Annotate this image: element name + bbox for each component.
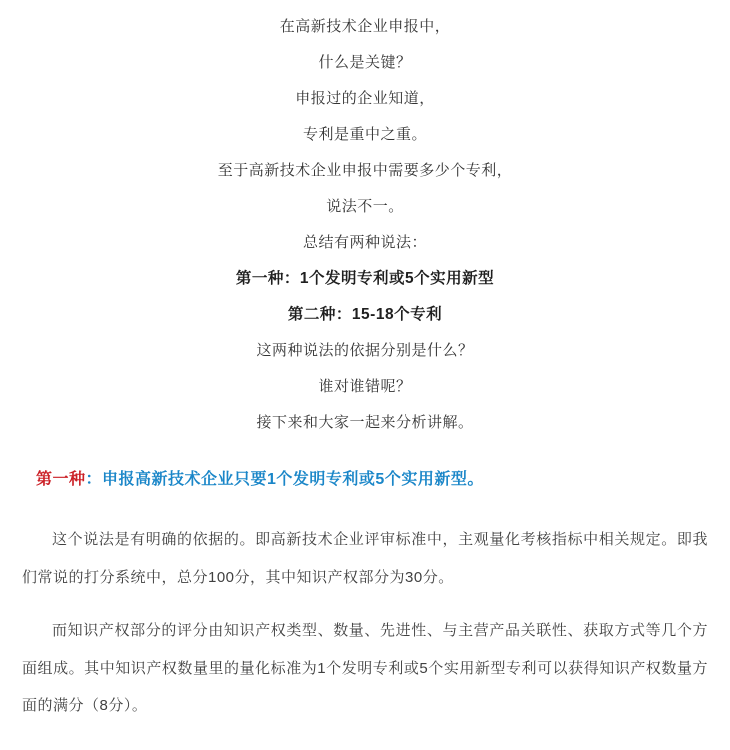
intro-line-7: 总结有两种说法：	[22, 234, 708, 251]
section-heading-label: 第一种	[36, 471, 86, 488]
intro-line-1: 在高新技术企业申报中，	[22, 18, 708, 35]
claim-line-first: 第一种：1个发明专利或5个实用新型	[22, 270, 708, 287]
intro-line-4: 专利是重中之重。	[22, 126, 708, 143]
intro-line-6: 说法不一。	[22, 198, 708, 215]
body-paragraph-1: 这个说法是有明确的依据的。即高新技术企业评审标准中，主观量化考核指标中相关规定。…	[22, 521, 708, 596]
body-paragraph-2: 而知识产权部分的评分由知识产权类型、数量、先进性、与主营产品关联性、获取方式等几…	[22, 612, 708, 725]
intro-line-2: 什么是关键？	[22, 54, 708, 71]
intro-line-10: 这两种说法的依据分别是什么？	[22, 342, 708, 359]
intro-line-11: 谁对谁错呢？	[22, 378, 708, 395]
claim-line-second: 第二种：15-18个专利	[22, 306, 708, 323]
section-heading-text: ：申报高新技术企业只要1个发明专利或5个实用新型。	[86, 471, 484, 488]
intro-line-12: 接下来和大家一起来分析讲解。	[22, 414, 708, 431]
article-body: 在高新技术企业申报中， 什么是关键？ 申报过的企业知道， 专利是重中之重。 至于…	[0, 18, 730, 725]
intro-line-3: 申报过的企业知道，	[22, 90, 708, 107]
intro-line-5: 至于高新技术企业申报中需要多少个专利，	[22, 162, 708, 179]
section-heading: 第一种：申报高新技术企业只要1个发明专利或5个实用新型。	[22, 471, 708, 489]
